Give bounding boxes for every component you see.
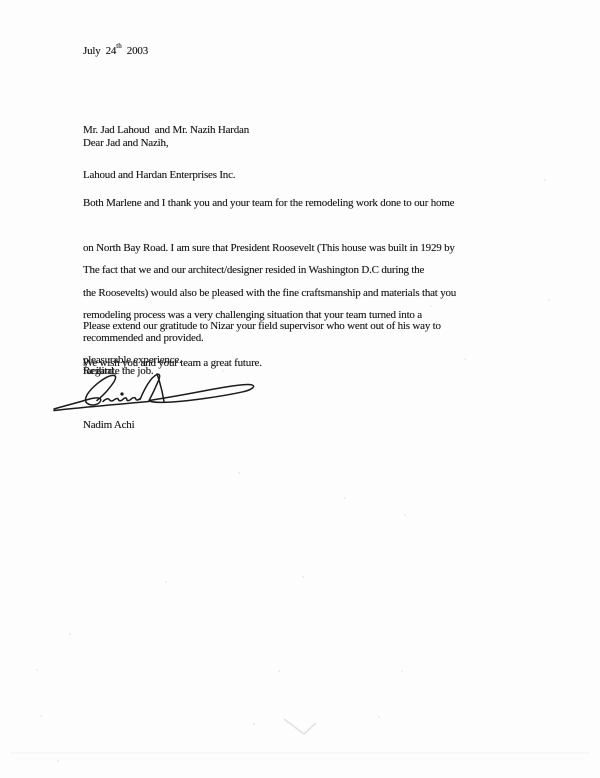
- salutation: Dear Jad and Nazih,: [83, 136, 168, 151]
- signer-name: Nadim Achi: [83, 418, 134, 433]
- scanned-letter-page: July 24th 2003 Mr. Jad Lahoud and Mr. Na…: [0, 0, 600, 778]
- letter-date: July 24th 2003: [83, 44, 148, 59]
- signature-image: [50, 368, 260, 428]
- paragraph-line: The fact that we and our architect/desig…: [83, 263, 424, 278]
- scan-line-artifact: [10, 753, 590, 754]
- date-ordinal: th: [116, 42, 121, 50]
- date-year: 2003: [122, 45, 148, 57]
- paragraph-line: Both Marlene and I thank you and your te…: [83, 196, 456, 211]
- date-day: July 24: [83, 45, 116, 57]
- scan-smudge-mark: [284, 719, 316, 734]
- signature-icon: [50, 368, 260, 423]
